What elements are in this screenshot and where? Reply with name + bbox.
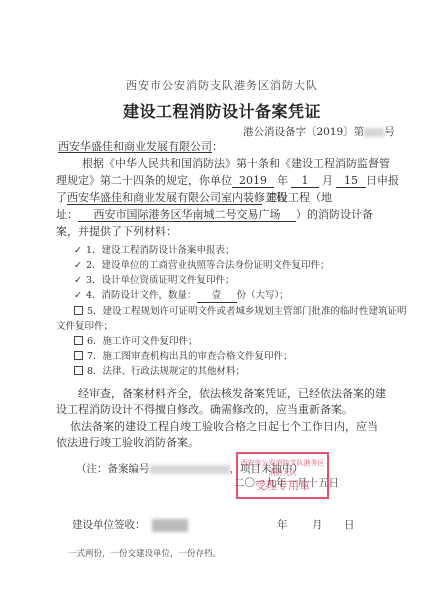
document-number: 港公消设备字〔2019〕第号 bbox=[243, 124, 395, 139]
para1-line3: 了西安华盛佳和商业发展有限公司室内装修工程建设工程（地 bbox=[56, 189, 332, 205]
material-text: 8．法律、行政法规规定的其他材料； bbox=[87, 366, 245, 377]
signature-row: 建设单位签收： bbox=[72, 517, 188, 532]
checkmark-icon: ✓ bbox=[74, 290, 86, 301]
material-item-8: 8．法律、行政法规规定的其他材料； bbox=[74, 363, 245, 377]
para1-text: 了 bbox=[56, 191, 67, 204]
sign-month-label: 月 bbox=[312, 517, 323, 532]
project-name: 西安华盛佳和商业发展有限公司室内装修工程 bbox=[67, 192, 262, 205]
application-day: 15 bbox=[336, 175, 366, 188]
application-year: 2019 bbox=[232, 175, 274, 188]
material-item-2: ✓2．建设单位的工商营业执照等合法身份证明文件复印件； bbox=[74, 257, 330, 271]
empty-checkbox-icon bbox=[74, 351, 83, 360]
redacted-number bbox=[364, 128, 384, 137]
material-text: 份（大写）； bbox=[237, 290, 289, 301]
document-title: 建设工程消防设计备案凭证 bbox=[0, 99, 444, 122]
doc-number-suffix: 号 bbox=[384, 126, 395, 138]
issuer-name: 西安市公安消防支队港务区消防大队 bbox=[0, 77, 444, 93]
material-item-3: ✓3．设计单位资质证明文件复印件； bbox=[74, 272, 235, 286]
review-para1-line2: 设工程消防设计不得擅自修改。确需修改的，应当重新备案。 bbox=[56, 401, 353, 417]
review-para1-line1: 经审查，备案材料齐全，依法核发备案凭证，已经依法备案的建 bbox=[78, 385, 386, 401]
material-item-4: ✓4．消防设计文件，数量：壹份（大写）； bbox=[74, 287, 289, 303]
material-text: 6．施工许可文件复印件； bbox=[87, 336, 198, 347]
empty-checkbox-icon bbox=[74, 366, 83, 375]
material-text: 4．消防设计文件，数量： bbox=[86, 290, 197, 301]
para1-line4: 址：西安市国际港务区华南城二号交易广场）的消防设计备 bbox=[56, 206, 373, 222]
para1-text: 建设工程（地 bbox=[266, 191, 332, 204]
material-text: 5．建设工程规划许可证明文件或者城乡规划主管部门批准的临时性建筑证明 bbox=[87, 306, 407, 317]
material-item-5: 5．建设工程规划许可证明文件或者城乡规划主管部门批准的临时性建筑证明 bbox=[74, 303, 407, 317]
sign-day-label: 日 bbox=[344, 517, 355, 532]
review-para2-line1: 依法备案的建设工程自竣工验收合格之日起七个工作日内，应当 bbox=[70, 418, 378, 434]
footer-note: 一式两份，一份交建设单位，一份存档。 bbox=[68, 547, 221, 559]
material-item-5-cont: 文件复印件； bbox=[56, 318, 113, 332]
project-address: 西安市国际港务区华南城二号交易广场 bbox=[78, 209, 296, 222]
month-label: 月 bbox=[322, 174, 333, 187]
material-text: 3．设计单位资质证明文件复印件； bbox=[86, 275, 235, 286]
address-label: 址： bbox=[56, 208, 78, 221]
material-item-6: 6．施工许可文件复印件； bbox=[74, 333, 198, 347]
review-para2-line2: 依法进行竣工验收消防备案。 bbox=[56, 434, 199, 450]
material-text: 1．建设工程消防设计备案申报表； bbox=[86, 245, 235, 256]
para1-line2: 理规定》第二十四条的规定，你单位2019年1月15日申报 bbox=[56, 172, 399, 188]
application-month: 1 bbox=[291, 175, 319, 188]
day-label: 日申报 bbox=[366, 174, 399, 187]
redacted-filing-number bbox=[150, 465, 230, 474]
checkmark-icon: ✓ bbox=[74, 260, 86, 271]
empty-checkbox-icon bbox=[74, 336, 83, 345]
recipient-colon: ： bbox=[212, 140, 223, 153]
para1-text: 理规定》第二十四条的规定，你单位 bbox=[56, 174, 232, 187]
signature-label: 建设单位签收： bbox=[72, 519, 146, 531]
checkmark-icon: ✓ bbox=[74, 275, 86, 286]
empty-checkbox-icon bbox=[74, 306, 83, 315]
note-prefix: （注：备案编号 bbox=[76, 463, 150, 475]
para1-line1: 根据《中华人民共和国消防法》第十条和《建设工程消防监督管 bbox=[82, 155, 390, 171]
recipient-name: 西安华盛佳和商业发展有限公司 bbox=[58, 140, 212, 153]
doc-number-prefix: 港公消设备字〔2019〕第 bbox=[243, 126, 364, 138]
sign-year-label: 年 bbox=[277, 517, 288, 532]
checkmark-icon: ✓ bbox=[74, 245, 86, 256]
para1-line5: 案，并提供了下列材料： bbox=[56, 223, 177, 239]
issue-date: 二〇一九年一月十五日 bbox=[234, 475, 339, 490]
material-item-1: ✓1．建设工程消防设计备案申报表； bbox=[74, 242, 235, 256]
material-text: 7．施工图审查机构出具的审查合格文件复印件； bbox=[87, 351, 293, 362]
para1-text: ）的消防设计备 bbox=[296, 208, 373, 221]
redacted-signature bbox=[152, 519, 188, 532]
material-text: 2．建设单位的工商营业执照等合法身份证明文件复印件； bbox=[86, 260, 330, 271]
quantity-field: 壹 bbox=[197, 290, 237, 303]
material-item-7: 7．施工图审查机构出具的审查合格文件复印件； bbox=[74, 348, 293, 362]
year-label: 年 bbox=[277, 174, 288, 187]
recipient: 西安华盛佳和商业发展有限公司： bbox=[58, 138, 223, 154]
